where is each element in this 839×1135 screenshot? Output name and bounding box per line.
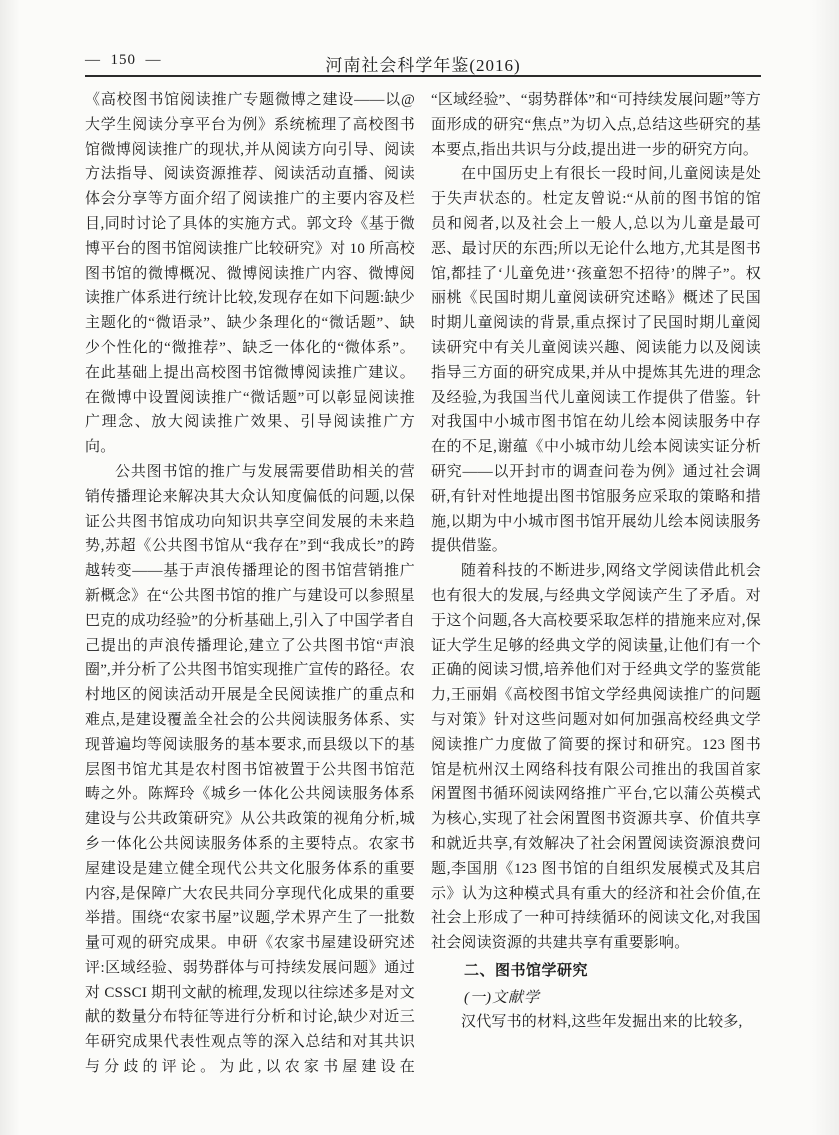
page-header: — 150 — 河南社会科学年鉴(2016): [85, 51, 761, 75]
right-column: “区域经验”、“弱势群体”和“可持续发展问题”等方面形成的研究“焦点”为切入点,…: [431, 88, 761, 1080]
paragraph: 随着科技的不断进步,网络文学阅读借此机会也有很大的发展,与经典文学阅读产生了矛盾…: [431, 559, 761, 956]
section-heading: 二、图书馆学研究: [431, 959, 761, 984]
subsection-heading: (一)文献学: [431, 986, 761, 1011]
paragraph: 在中国历史上有很长一段时间,儿童阅读是处于失声状态的。杜定友曾说:“从前的图书馆…: [431, 162, 761, 559]
running-title: 河南社会科学年鉴(2016): [85, 51, 761, 76]
paragraph: 公共图书馆的推广与发展需要借助相关的营销传播理论来解决其大众认知度偏低的问题,以…: [85, 460, 415, 1080]
paragraph-continuation: “区域经验”、“弱势群体”和“可持续发展问题”等方面形成的研究“焦点”为切入点,…: [431, 88, 761, 162]
paragraph: 汉代写书的材料,这些年发掘出来的比较多,: [431, 1010, 761, 1035]
yearbook-page: — 150 — 河南社会科学年鉴(2016) 《高校图书馆阅读推广专题微博之建设…: [0, 0, 839, 1135]
body-columns: 《高校图书馆阅读推广专题微博之建设——以@大学生阅读分享平台为例》系统梳理了高校…: [85, 88, 761, 1080]
left-column: 《高校图书馆阅读推广专题微博之建设——以@大学生阅读分享平台为例》系统梳理了高校…: [85, 88, 415, 1080]
paragraph-continuation: 《高校图书馆阅读推广专题微博之建设——以@大学生阅读分享平台为例》系统梳理了高校…: [85, 88, 415, 460]
page-number: — 150 —: [85, 52, 162, 69]
header-rule: [85, 75, 761, 77]
